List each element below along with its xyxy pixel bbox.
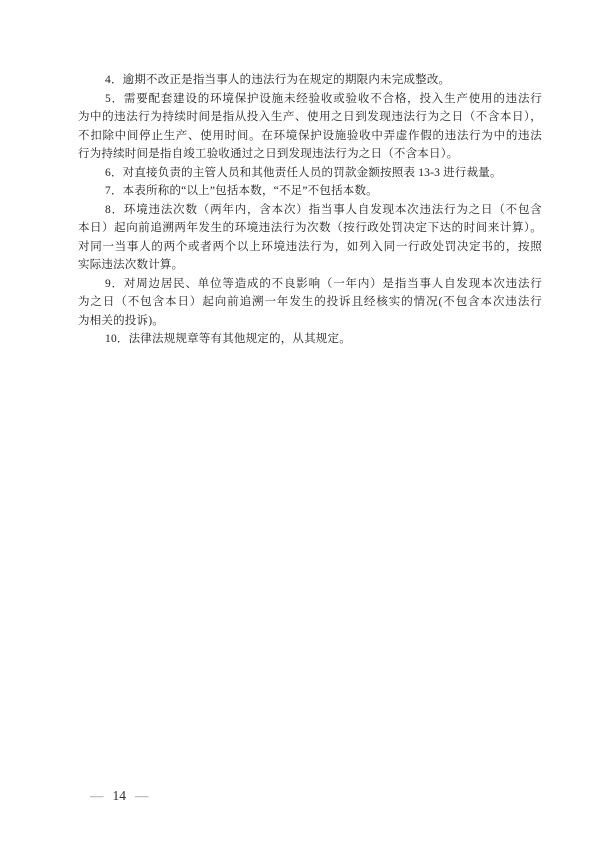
document-page: 4．逾期不改正是指当事人的违法行为在规定的期限内未完成整改。5．需要配套建设的环…: [0, 0, 600, 848]
note-paragraph: 4．逾期不改正是指当事人的违法行为在规定的期限内未完成整改。: [78, 71, 542, 90]
note-paragraph: 7．本表所称的“以上”包括本数，“不足”不包括本数。: [78, 182, 542, 201]
notes-block: 4．逾期不改正是指当事人的违法行为在规定的期限内未完成整改。5．需要配套建设的环…: [78, 71, 542, 349]
text-line: 8．环境违法次数（两年内，含本次）指当事人自发现本次违法行为之日（不包含: [78, 201, 542, 220]
text-line: 5．需要配套建设的环境保护设施未经验收或验收不合格，投入生产使用的违法行: [78, 90, 542, 109]
text-line: 9．对周边居民、单位等造成的不良影响（一年内）是指当事人自发现本次违法行: [78, 275, 542, 294]
note-paragraph: 6．对直接负责的主管人员和其他责任人员的罚款金额按照表 13-3 进行裁量。: [78, 164, 542, 183]
note-paragraph: 10．法律法规规章等有其他规定的，从其规定。: [78, 330, 542, 349]
text-line: 为中的违法行为持续时间是指从投入生产、使用之日到发现违法行为之日（不含本日），: [78, 108, 542, 127]
text-line: 对同一当事人的两个或者两个以上环境违法行为，如列入同一行政处罚决定书的，按照: [78, 238, 542, 257]
note-paragraph: 9．对周边居民、单位等造成的不良影响（一年内）是指当事人自发现本次违法行为之日（…: [78, 275, 542, 331]
note-paragraph: 8．环境违法次数（两年内，含本次）指当事人自发现本次违法行为之日（不包含本日）起…: [78, 201, 542, 275]
text-line: 为之日（不包含本日）起向前追溯一年发生的投诉且经核实的情况(不包含本次违法行: [78, 293, 542, 312]
text-line: 实际违法次数计算。: [78, 256, 542, 275]
text-line: 6．对直接负责的主管人员和其他责任人员的罚款金额按照表 13-3 进行裁量。: [78, 164, 542, 183]
text-line: 4．逾期不改正是指当事人的违法行为在规定的期限内未完成整改。: [78, 71, 542, 90]
footer-dash-right: —: [135, 788, 149, 803]
note-paragraph: 5．需要配套建设的环境保护设施未经验收或验收不合格，投入生产使用的违法行为中的违…: [78, 90, 542, 164]
text-line: 10．法律法规规章等有其他规定的，从其规定。: [78, 330, 542, 349]
page-number: 14: [113, 788, 127, 803]
footer-dash-left: —: [90, 788, 104, 803]
text-line: 不扣除中间停止生产、使用时间。在环境保护设施验收中弄虚作假的违法行为中的违法: [78, 127, 542, 146]
text-line: 行为持续时间是指自竣工验收通过之日到发现违法行为之日（不含本日）。: [78, 145, 542, 164]
text-line: 7．本表所称的“以上”包括本数，“不足”不包括本数。: [78, 182, 542, 201]
text-line: 为相关的投诉)。: [78, 312, 542, 331]
page-footer: —14—: [90, 788, 149, 804]
text-line: 本日）起向前追溯两年发生的环境违法行为次数（按行政处罚决定下达的时间来计算）。: [78, 219, 542, 238]
